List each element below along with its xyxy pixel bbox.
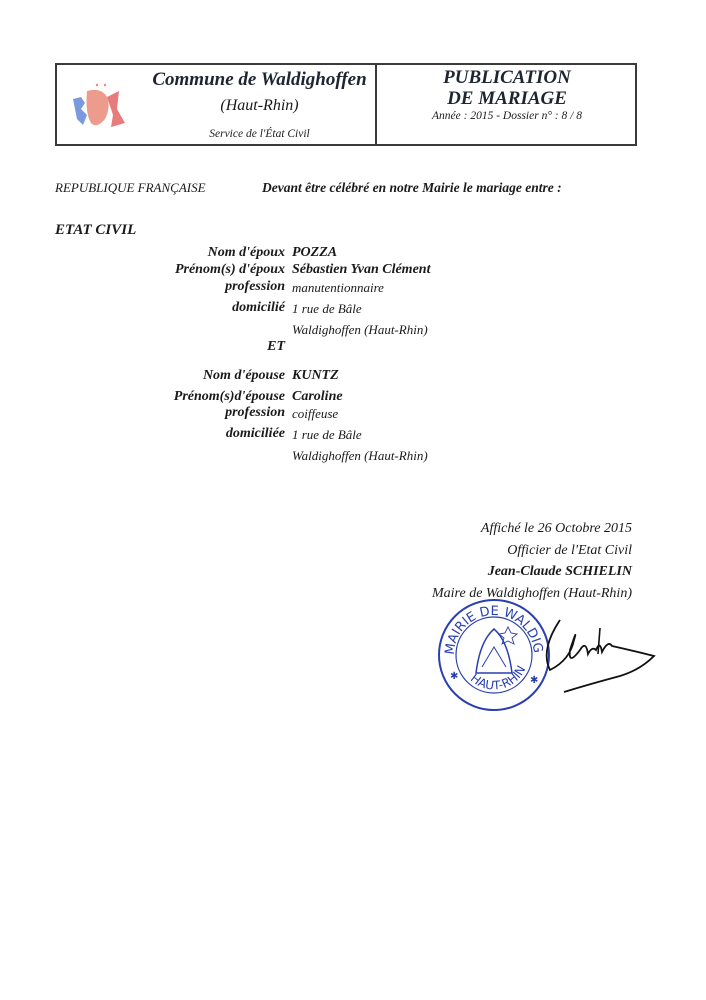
epoux-profession: manutentionnaire <box>292 280 384 296</box>
signature-scribble-icon <box>530 610 660 700</box>
svg-text:MAIRIE DE WALDIGHOFFEN: MAIRIE DE WALDIGHOFFEN <box>436 597 545 656</box>
epouse-prenoms-label: Prénom(s)d'épouse <box>55 389 285 405</box>
publication-title: PUBLICATION DE MARIAGE <box>377 67 637 109</box>
epouse-adresse-line2: Waldighoffen (Haut-Rhin) <box>292 448 428 464</box>
epoux-profession-label: profession <box>55 279 285 295</box>
epouse-prenoms: Caroline <box>292 389 343 405</box>
marianne-logo-icon <box>67 79 133 135</box>
svg-text:✱: ✱ <box>450 671 458 682</box>
epoux-prenoms-label: Prénom(s) d'époux <box>55 262 285 278</box>
commune-service: Service de l'État Civil <box>147 128 372 140</box>
signatory-name: Jean-Claude SCHIELIN <box>488 564 632 580</box>
epoux-domicile-label: domicilié <box>55 300 285 316</box>
header-box: Commune de Waldighoffen (Haut-Rhin) Serv… <box>55 63 637 146</box>
epouse-nom: KUNTZ <box>292 368 339 384</box>
commune-department: (Haut-Rhin) <box>147 97 372 115</box>
section-etat-civil: ETAT CIVIL <box>55 222 136 239</box>
stamp-top-text: MAIRIE DE WALDIGHOFFEN <box>436 597 545 656</box>
epoux-adresse-line2: Waldighoffen (Haut-Rhin) <box>292 322 428 338</box>
republic-label: REPUBLIQUE FRANÇAISE <box>55 180 206 196</box>
epoux-prenoms: Sébastien Yvan Clément <box>292 262 430 278</box>
year-dossier: Année : 2015 - Dossier n° : 8 / 8 <box>377 110 637 122</box>
epouse-domicile-label: domiciliée <box>55 426 285 442</box>
epoux-nom: POZZA <box>292 245 337 261</box>
epouse-adresse-line1: 1 rue de Bâle <box>292 427 362 443</box>
epoux-nom-label: Nom d'époux <box>55 245 285 261</box>
publication-title-line2: DE MARIAGE <box>377 88 637 109</box>
officier-title: Officier de l'Etat Civil <box>507 543 632 559</box>
epouse-nom-label: Nom d'épouse <box>55 368 285 384</box>
epoux-adresse-line1: 1 rue de Bâle <box>292 301 362 317</box>
commune-name: Commune de Waldighoffen <box>147 69 372 91</box>
epouse-profession: coiffeuse <box>292 406 338 422</box>
epouse-profession-label: profession <box>55 405 285 421</box>
announcement: Devant être célébré en notre Mairie le m… <box>262 180 562 196</box>
publication-title-line1: PUBLICATION <box>377 67 637 88</box>
affiche-date: Affiché le 26 Octobre 2015 <box>481 521 632 537</box>
separator-et: ET <box>55 339 285 355</box>
